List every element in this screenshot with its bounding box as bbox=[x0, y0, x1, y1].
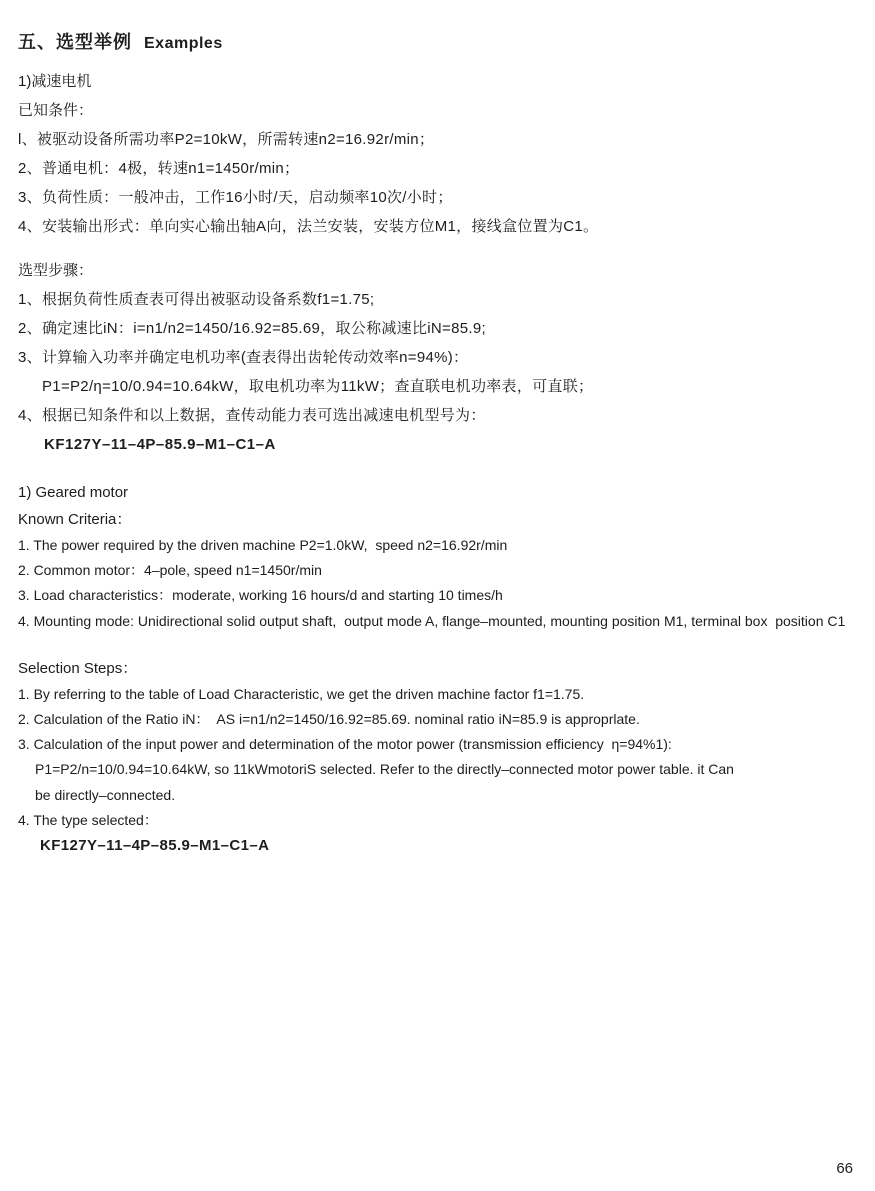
page-number: 66 bbox=[836, 1160, 853, 1177]
en-step-3-formula: P1=P2/n=10/0.94=10.64kW, so 11kWmotoriS … bbox=[18, 757, 859, 782]
document-page: 五、选型举例Examples 1)减速电机 已知条件： l、被驱动设备所需功率P… bbox=[0, 0, 875, 1191]
en-step-3-cont: be directly–connected. bbox=[18, 783, 859, 808]
cn-step-3-formula: P1=P2/η=10/0.94=10.64kW，取电机功率为11kW；查直联电机… bbox=[18, 372, 859, 401]
en-subtitle: 1) Geared motor bbox=[18, 479, 859, 506]
en-model-number: KF127Y–11–4P–85.9–M1–C1–A bbox=[18, 833, 859, 859]
cn-known-heading: 已知条件： bbox=[18, 96, 859, 125]
en-known-heading: Known Criteria： bbox=[18, 506, 859, 533]
en-known-item-3: 3. Load characteristics：moderate, workin… bbox=[18, 583, 859, 608]
en-steps-heading: Selection Steps： bbox=[18, 655, 859, 682]
cn-subtitle: 1)减速电机 bbox=[18, 68, 859, 96]
en-step-4: 4. The type selected： bbox=[18, 808, 859, 833]
cn-step-2: 2、确定速比iN：i=n1/n2=1450/16.92=85.69，取公称减速比… bbox=[18, 314, 859, 343]
cn-known-item-2: 2、普通电机：4极，转速n1=1450r/min； bbox=[18, 154, 859, 183]
cn-steps-heading: 选型步骤： bbox=[18, 256, 859, 285]
en-step-3: 3. Calculation of the input power and de… bbox=[18, 732, 859, 757]
en-step-2: 2. Calculation of the Ratio iN： AS i=n1/… bbox=[18, 707, 859, 732]
cn-known-item-4: 4、安装输出形式：单向实心输出轴A向，法兰安装，安装方位M1，接线盒位置为C1。 bbox=[18, 212, 859, 241]
cn-step-3: 3、计算输入功率并确定电机功率(查表得出齿轮传动效率n=94%)： bbox=[18, 343, 859, 372]
cn-known-item-3: 3、负荷性质：一般冲击，工作16小时/天，启动频率10次/小时； bbox=[18, 183, 859, 212]
cn-model-number: KF127Y–11–4P–85.9–M1–C1–A bbox=[18, 430, 859, 459]
section-english: 1) Geared motor Known Criteria： 1. The p… bbox=[18, 479, 859, 859]
cn-known-item-1: l、被驱动设备所需功率P2=10kW，所需转速n2=16.92r/min； bbox=[18, 125, 859, 154]
en-known-item-1: 1. The power required by the driven mach… bbox=[18, 533, 859, 558]
en-known-item-2: 2. Common motor：4–pole, speed n1=1450r/m… bbox=[18, 558, 859, 583]
page-title-cn: 五、选型举例 bbox=[18, 32, 132, 52]
page-title: 五、选型举例Examples bbox=[18, 28, 859, 54]
cn-step-1: 1、根据负荷性质查表可得出被驱动设备系数f1=1.75; bbox=[18, 285, 859, 314]
page-title-en: Examples bbox=[144, 35, 223, 52]
en-step-1: 1. By referring to the table of Load Cha… bbox=[18, 682, 859, 707]
en-known-item-4: 4. Mounting mode: Unidirectional solid o… bbox=[18, 609, 859, 634]
cn-step-4: 4、根据已知条件和以上数据，查传动能力表可选出减速电机型号为： bbox=[18, 401, 859, 430]
section-chinese: 1)减速电机 已知条件： l、被驱动设备所需功率P2=10kW，所需转速n2=1… bbox=[18, 68, 859, 459]
